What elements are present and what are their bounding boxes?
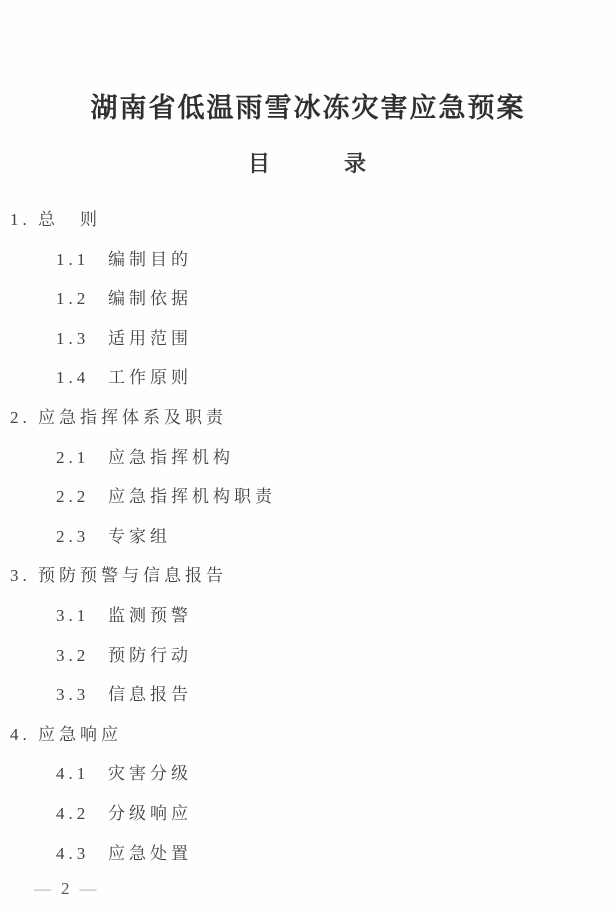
toc-item-4-1: 4.1 灾害分级: [0, 763, 616, 803]
toc-item-label: 应急响应: [38, 724, 122, 746]
document-page: 湖南省低温雨雪冰冻灾害应急预案 目 录 1. 总 则 1.1 编制目的 1.2 …: [0, 0, 616, 913]
toc-item-2-1: 2.1 应急指挥机构: [0, 447, 616, 487]
toc-item-1-2: 1.2 编制依据: [0, 288, 616, 328]
toc-item-number: 1.2: [56, 288, 108, 310]
toc-item-2-3: 2.3 专家组: [0, 526, 616, 566]
toc-item-4-2: 4.2 分级响应: [0, 803, 616, 843]
toc-item-number: 1.1: [56, 249, 108, 271]
page-number-left-dash: —: [28, 879, 57, 898]
toc-item-section-1: 1. 总 则: [0, 209, 616, 249]
page-number: —2—: [28, 879, 103, 899]
toc-item-number: 2.2: [56, 486, 108, 508]
toc-item-3-2: 3.2 预防行动: [0, 645, 616, 685]
toc-item-number: 4.2: [56, 803, 108, 825]
toc-item-label: 编制目的: [108, 249, 192, 271]
toc-item-label: 总 则: [38, 209, 101, 231]
toc-item-label: 预防行动: [108, 645, 192, 667]
page-number-right-dash: —: [74, 879, 103, 898]
toc-item-number: 3.2: [56, 645, 108, 667]
toc-item-number: 3.3: [56, 684, 108, 706]
toc-item-number: 4.1: [56, 763, 108, 785]
toc-item-number: 2.3: [56, 526, 108, 548]
toc-item-number: 1.3: [56, 328, 108, 350]
toc-item-3-3: 3.3 信息报告: [0, 684, 616, 724]
toc-item-number: 1.: [10, 209, 38, 231]
toc-item-3-1: 3.1 监测预警: [0, 605, 616, 645]
toc-item-label: 信息报告: [108, 684, 192, 706]
toc-item-number: 3.: [10, 565, 38, 587]
toc-item-label: 适用范围: [108, 328, 192, 350]
toc-item-number: 4.: [10, 724, 38, 746]
toc-item-label: 监测预警: [108, 605, 192, 627]
toc-item-label: 应急指挥体系及职责: [38, 407, 227, 429]
toc-item-label: 应急指挥机构: [108, 447, 234, 469]
toc-item-label: 应急处置: [108, 843, 192, 865]
toc-item-1-3: 1.3 适用范围: [0, 328, 616, 368]
toc-item-label: 灾害分级: [108, 763, 192, 785]
toc-item-label: 分级响应: [108, 803, 192, 825]
document-title: 湖南省低温雨雪冰冻灾害应急预案: [0, 86, 616, 125]
toc-item-4-3: 4.3 应急处置: [0, 843, 616, 883]
toc-item-number: 3.1: [56, 605, 108, 627]
toc-item-number: 2.: [10, 407, 38, 429]
toc-item-section-2: 2. 应急指挥体系及职责: [0, 407, 616, 447]
page-number-value: 2: [57, 879, 74, 898]
toc-item-1-1: 1.1 编制目的: [0, 249, 616, 289]
toc-item-1-4: 1.4 工作原则: [0, 367, 616, 407]
toc-item-label: 编制依据: [108, 288, 192, 310]
toc-item-section-4: 4. 应急响应: [0, 724, 616, 764]
toc-item-label: 预防预警与信息报告: [38, 565, 227, 587]
toc-item-number: 2.1: [56, 447, 108, 469]
toc-item-section-3: 3. 预防预警与信息报告: [0, 565, 616, 605]
toc-item-number: 1.4: [56, 367, 108, 389]
table-of-contents: 1. 总 则 1.1 编制目的 1.2 编制依据 1.3 适用范围 1.4 工作…: [0, 209, 616, 882]
toc-item-2-2: 2.2 应急指挥机构职责: [0, 486, 616, 526]
toc-item-number: 4.3: [56, 843, 108, 865]
toc-item-label: 应急指挥机构职责: [108, 486, 276, 508]
toc-item-label: 工作原则: [108, 367, 192, 389]
toc-item-label: 专家组: [108, 526, 171, 548]
toc-heading: 目 录: [0, 147, 616, 178]
